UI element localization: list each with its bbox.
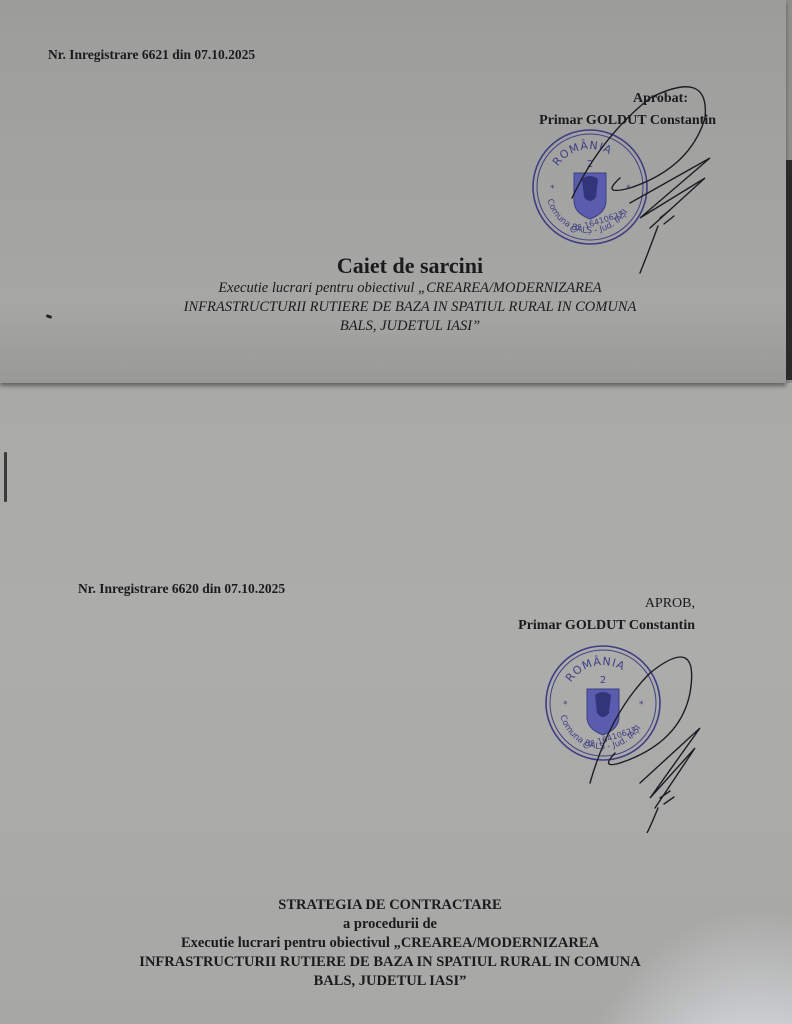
- approval-label: APROB,: [518, 593, 695, 615]
- subtitle-line: INFRASTRUCTURII RUTIERE DE BAZA IN SPATI…: [130, 298, 690, 317]
- document-title: STRATEGIA DE CONTRACTARE: [70, 896, 710, 915]
- binder-mark: [4, 452, 7, 502]
- svg-text:*: *: [639, 700, 644, 710]
- document-caiet-de-sarcini: Nr. Inregistrare 6621 din 07.10.2025 Apr…: [0, 0, 786, 383]
- subtitle-line: BALS, JUDETUL IASI”: [130, 317, 690, 336]
- svg-text:2: 2: [600, 675, 606, 686]
- document-title-block: STRATEGIA DE CONTRACTARE a procedurii de…: [70, 896, 710, 991]
- document-title: Caiet de sarcini: [130, 253, 690, 279]
- official-stamp-icon: ROMÂNIA 2 * * Comuna BALȘ - Jud. IAȘI CI…: [530, 127, 650, 247]
- subtitle-line: INFRASTRUCTURII RUTIERE DE BAZA IN SPATI…: [70, 953, 710, 972]
- page-edge-shadow: [786, 160, 792, 380]
- official-stamp-icon: ROMÂNIA 2 * * Comuna BALȘ - Jud. IAȘI CI…: [543, 643, 663, 763]
- subtitle-line: BALS, JUDETUL IASI”: [70, 972, 710, 991]
- registration-number: Nr. Inregistrare 6621 din 07.10.2025: [48, 47, 255, 63]
- document-title-block: Caiet de sarcini Executie lucrari pentru…: [130, 253, 690, 336]
- svg-text:2: 2: [587, 159, 593, 170]
- approval-label: Aprobat:: [539, 88, 716, 110]
- svg-text:*: *: [550, 184, 555, 194]
- ink-speck: [46, 314, 53, 319]
- subtitle-line: a procedurii de: [70, 915, 710, 934]
- subtitle-line: Executie lucrari pentru obiectivul „CREA…: [70, 934, 710, 953]
- approver-name: Primar GOLDUT Constantin: [518, 615, 695, 637]
- subtitle-line: Executie lucrari pentru obiectivul „CREA…: [130, 279, 690, 298]
- approval-block: Aprobat: Primar GOLDUT Constantin: [539, 88, 716, 132]
- document-strategia-de-contractare: Nr. Inregistrare 6620 din 07.10.2025 APR…: [0, 383, 792, 1024]
- svg-text:*: *: [563, 700, 568, 710]
- svg-text:*: *: [626, 184, 631, 194]
- registration-number: Nr. Inregistrare 6620 din 07.10.2025: [78, 581, 285, 597]
- approval-block: APROB, Primar GOLDUT Constantin: [518, 593, 695, 637]
